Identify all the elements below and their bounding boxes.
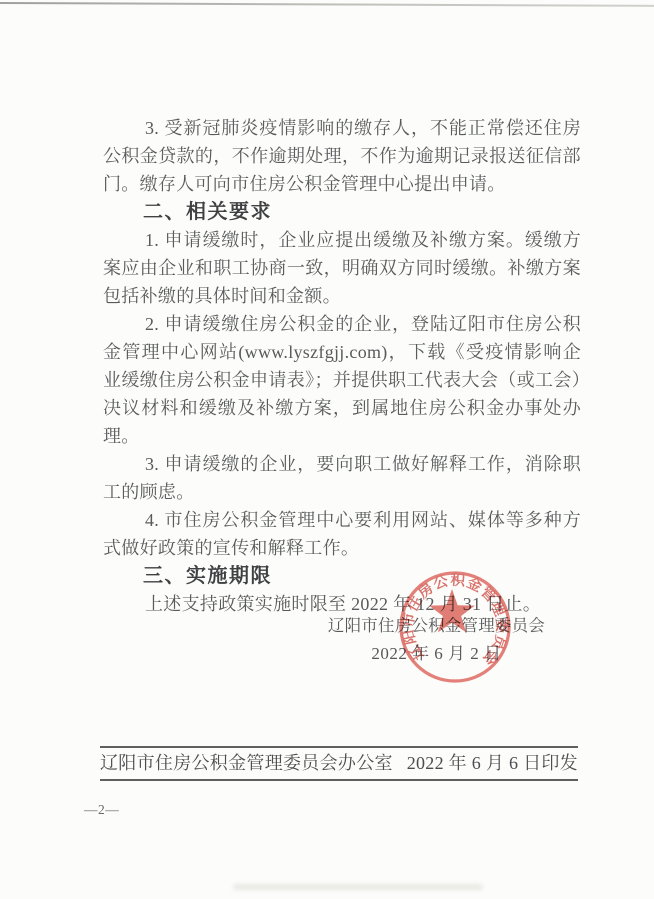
page-number: —2— <box>84 802 119 818</box>
scanned-document-page: 3. 受新冠肺炎疫情影响的缴存人，不能正常偿还住房公积金贷款的，不作逾期处理，不… <box>0 0 654 899</box>
section-heading-related-requirements: 二、相关要求 <box>103 198 581 226</box>
footer-print-date: 2022 年 6 月 6 日印发 <box>407 749 578 777</box>
scan-edge-artifact <box>0 2 654 7</box>
body-paragraph: 3. 申请缓缴的企业，要向职工做好解释工作，消除职工的顾虑。 <box>103 450 581 506</box>
document-body: 3. 受新冠肺炎疫情影响的缴存人，不能正常偿还住房公积金贷款的，不作逾期处理，不… <box>103 114 581 618</box>
body-paragraph: 1. 申请缓缴时，企业应提出缓缴及补缴方案。缓缴方案应由企业和职工协商一致，明确… <box>103 226 581 310</box>
footer-office: 辽阳市住房公积金管理委员会办公室 <box>100 749 393 777</box>
body-paragraph: 2. 申请缓缴住房公积金的企业，登陆辽阳市住房公积金管理中心网站(www.lys… <box>103 310 581 450</box>
scan-smudge-artifact <box>233 884 483 890</box>
colophon-bar: 辽阳市住房公积金管理委员会办公室 2022 年 6 月 6 日印发 <box>100 746 578 781</box>
body-paragraph: 3. 受新冠肺炎疫情影响的缴存人，不能正常偿还住房公积金贷款的，不作逾期处理，不… <box>103 114 581 198</box>
seal-star-icon <box>429 589 475 632</box>
official-seal: 辽阳市住房公积金管理委员会 <box>375 550 540 715</box>
